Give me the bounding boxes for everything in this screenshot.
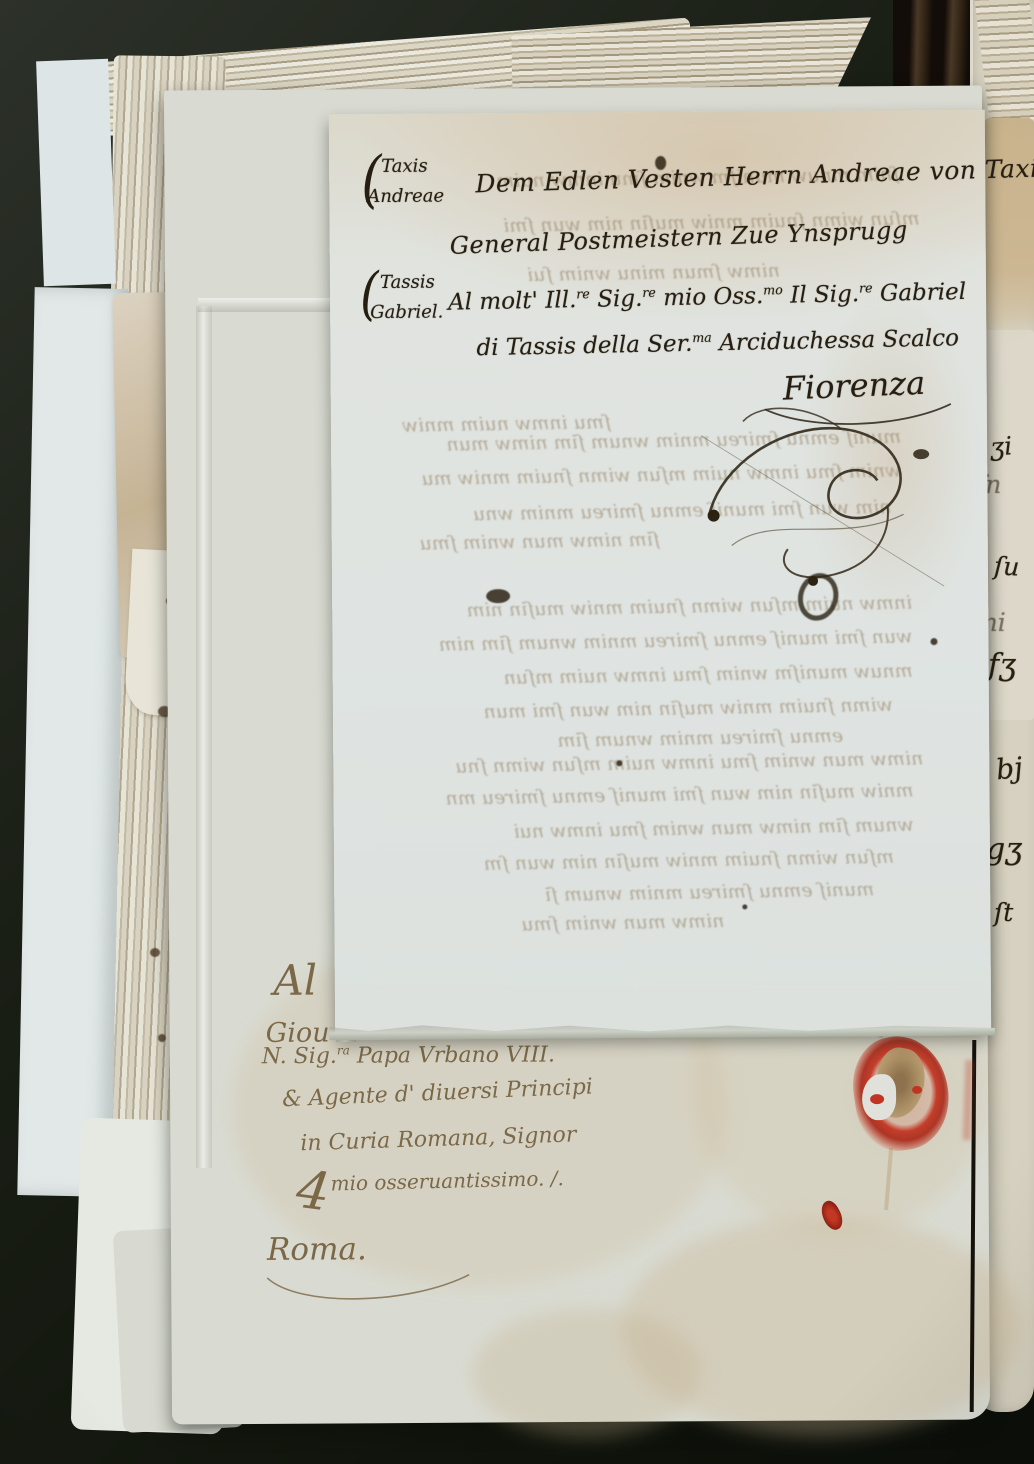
address-text: mio Oss. xyxy=(656,283,764,311)
address-city-roma: Roma. xyxy=(267,1231,367,1268)
sheet-edge xyxy=(196,306,212,1168)
address-text: Gabriel xyxy=(872,279,966,307)
showthrough-line: wimn ſnuim mniw muſin nim wun ſmi mun xyxy=(393,694,893,725)
showthrough-line: mnuw muniſm wnim ſmu inmw nuim mſun xyxy=(443,660,913,690)
address-text: Il Sig. xyxy=(783,281,860,309)
margin-note-gabriel: Gabriel. xyxy=(370,302,443,324)
address-line-pope: N. Sig.ra Papa Vrbano VIII. xyxy=(262,1042,555,1069)
address-text: Al molt' Ill. xyxy=(448,287,577,316)
superscript: ma xyxy=(692,330,712,345)
showthrough-line: ſim nimw mun wnim ſmu xyxy=(360,528,660,555)
top-letter-sheet: ſnim mnuw muniſm wnim ſmu inmw nuim mſun… xyxy=(329,110,991,1037)
address-text: di Tassis della Ser. xyxy=(476,331,692,362)
showthrough-line: wnum ſim nimw mun wnim ſmu inmw nui xyxy=(434,814,914,844)
ink-speck xyxy=(742,904,747,909)
showthrough-line: muniſ emnu ſmireu mnim wnum ſi xyxy=(454,878,874,907)
address-text: N. Sig. xyxy=(262,1044,337,1069)
wax-blob xyxy=(912,1086,922,1094)
superscript: ra xyxy=(337,1043,350,1057)
paper-stain xyxy=(471,1307,702,1438)
superscript: re xyxy=(642,285,656,300)
showthrough-line: mniw muſin nim wun ſmi muniſ emnu ſmireu… xyxy=(373,779,913,810)
ink-burn-spot xyxy=(158,1034,166,1042)
manuscript-bundle-photo: ʒi ſn ſu mi fʒ bj gʒ ſt Al Giou N. Sig.r… xyxy=(0,0,1034,1464)
margin-note-tassis: Tassis xyxy=(380,272,435,293)
address-text: Papa Vrbano VIII. xyxy=(350,1042,555,1068)
showthrough-line: mſun wimn ſnuim mniw muſin nim wun ſm xyxy=(394,846,894,877)
right-page-edge-layers xyxy=(974,0,1034,125)
margin-note-taxis: Taxis xyxy=(381,156,428,177)
ink-speck xyxy=(616,760,622,766)
ink-fragment: bj xyxy=(994,751,1024,787)
ink-fragment: gʒ xyxy=(986,832,1022,867)
wax-blob xyxy=(870,1094,884,1104)
sheet-edge xyxy=(198,298,350,312)
ink-fragment: ʒi xyxy=(989,431,1013,461)
deckled-bottom-edge xyxy=(329,1012,995,1041)
pen-flourish xyxy=(691,394,954,610)
address-text: Arciduchessa Scalco xyxy=(712,325,960,356)
protruding-sheet-corner xyxy=(36,59,116,286)
ink-blot xyxy=(486,589,510,603)
ink-fragment: ſt xyxy=(994,898,1013,927)
margin-note-andreae: Andreae xyxy=(367,185,444,207)
protruding-blue-sheet xyxy=(17,287,128,1197)
ink-fragment: ſu xyxy=(993,551,1020,581)
ink-burn-spot xyxy=(150,948,160,957)
superscript: re xyxy=(859,280,873,295)
showthrough-line: nimw mun wnim ſmu xyxy=(424,910,724,937)
address-line-al: Al xyxy=(273,956,317,1005)
superscript: re xyxy=(576,286,590,301)
showthrough-line: wun ſmi muniſ emnu ſmireu mnim wnum ſim … xyxy=(372,625,912,656)
ink-speck xyxy=(930,638,937,645)
ink-fragment: fʒ xyxy=(988,648,1016,683)
address-text: Sig. xyxy=(590,286,643,313)
superscript: mo xyxy=(763,282,783,297)
roma-underline-flourish xyxy=(259,1267,479,1312)
